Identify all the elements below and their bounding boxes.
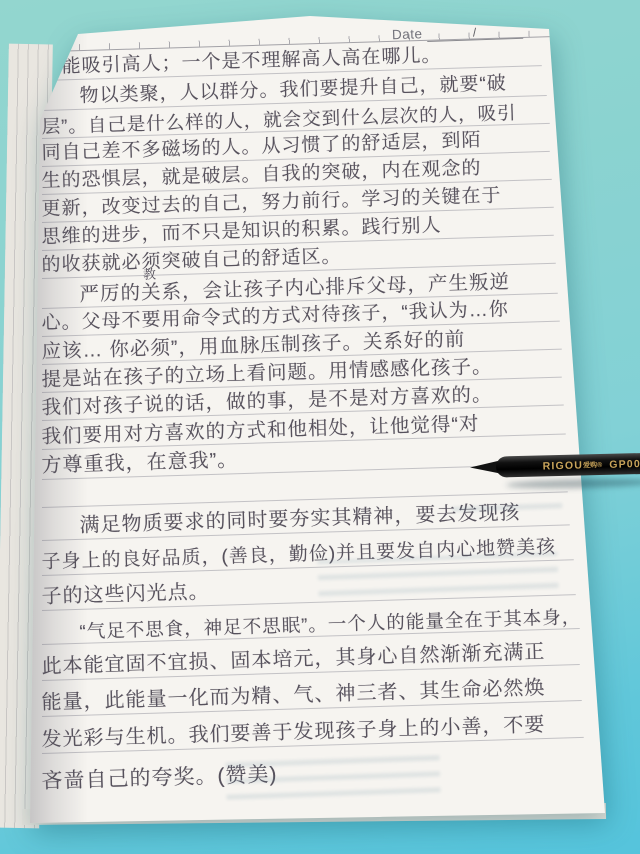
line-text: 子的这些闪光点。 [41, 582, 210, 610]
inserted-correction: 教 [143, 264, 157, 283]
page-wrap: Date/ 不能吸引高人；一个是不理解高人高在哪儿。 物以类聚，人以群分。我们要… [0, 0, 640, 854]
pen-brand-text: RIGOU爱购®GP009 [543, 458, 640, 473]
show-through-text [317, 552, 558, 600]
pen-brand-cn: 爱购® [583, 462, 602, 469]
line-text: 发光彩与生机。我们要善于发现孩子身上的小善，不要 [41, 715, 545, 753]
pen: RIGOU爱购®GP009 [470, 446, 640, 486]
show-through-text [452, 494, 563, 516]
pen-model: GP009 [609, 458, 640, 471]
notebook-photo: Date/ 不能吸引高人；一个是不理解高人高在哪儿。 物以类聚，人以群分。我们要… [0, 0, 640, 854]
show-through-text [225, 752, 440, 803]
pen-body: RIGOU爱购®GP009 [496, 452, 640, 477]
notebook-page: Date/ 不能吸引高人；一个是不理解高人高在哪儿。 物以类聚，人以群分。我们要… [0, 0, 640, 854]
pen-brand: RIGOU [543, 459, 584, 472]
